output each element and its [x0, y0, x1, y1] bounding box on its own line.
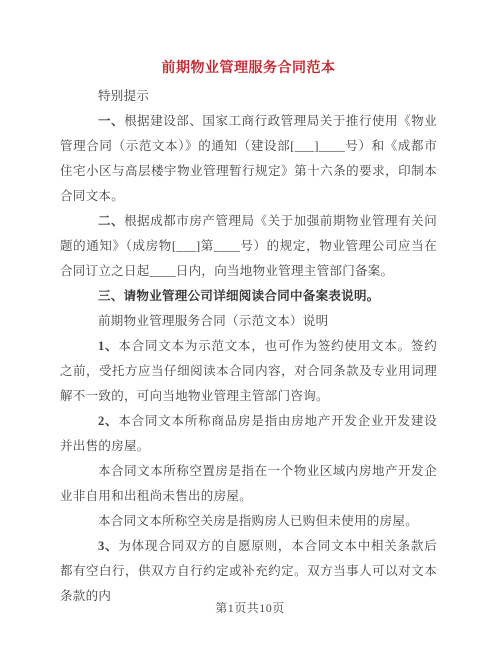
paragraph-item-3: 三、请物业管理公司详细阅读合同中备案表说明。: [60, 284, 437, 309]
paragraph-note-2b: 本合同文本所称空关房是指购房人已购但未使用的房屋。: [60, 509, 437, 534]
paragraph-text: 前期物业管理服务合同（示范文本）说明: [98, 314, 328, 328]
paragraph-text: 本合同文本所称空关房是指购房人已购但未使用的房屋。: [98, 514, 418, 528]
contract-document-page: 前期物业管理服务合同范本 特别提示 一、根据建设部、国家工商行政管理局关于推行使…: [0, 0, 500, 647]
paragraph-lead: 二、: [98, 214, 124, 228]
document-title: 前期物业管理服务合同范本: [60, 56, 437, 81]
paragraph-subtitle: 前期物业管理服务合同（示范文本）说明: [60, 309, 437, 334]
paragraph-lead: 2、: [98, 414, 118, 428]
paragraph-lead: 3、: [98, 539, 118, 553]
paragraph-text: 本合同文本所称空置房是指在一个物业区域内房地产开发企业非自用和出租尚未售出的房屋…: [60, 464, 437, 503]
paragraph-note-2a: 本合同文本所称空置房是指在一个物业区域内房地产开发企业非自用和出租尚未售出的房屋…: [60, 459, 437, 509]
paragraph-text: 特别提示: [98, 89, 149, 103]
paragraph-lead: 一、: [98, 114, 124, 128]
document-content: 前期物业管理服务合同范本 特别提示 一、根据建设部、国家工商行政管理局关于推行使…: [60, 56, 437, 609]
paragraph-lead: 1、: [98, 339, 118, 353]
paragraph-item-2: 二、根据成都市房产管理局《关于加强前期物业管理有关问题的通知》（成房物[___]…: [60, 209, 437, 284]
paragraph-text: 请物业管理公司详细阅读合同中备案表说明。: [124, 289, 380, 303]
paragraph-item-1: 一、根据建设部、国家工商行政管理局关于推行使用《物业管理合同（示范文本）》的通知…: [60, 109, 437, 209]
paragraph-lead: 三、: [98, 289, 124, 303]
paragraph-note-2: 2、本合同文本所称商品房是指由房地产开发企业开发建设并出售的房屋。: [60, 409, 437, 459]
paragraph-note-1: 1、本合同文本为示范文本，也可作为签约使用文本。签约之前，受托方应当仔细阅读本合…: [60, 334, 437, 409]
paragraph-special-note: 特别提示: [60, 84, 437, 109]
page-number: 第1页共10页: [0, 596, 500, 621]
